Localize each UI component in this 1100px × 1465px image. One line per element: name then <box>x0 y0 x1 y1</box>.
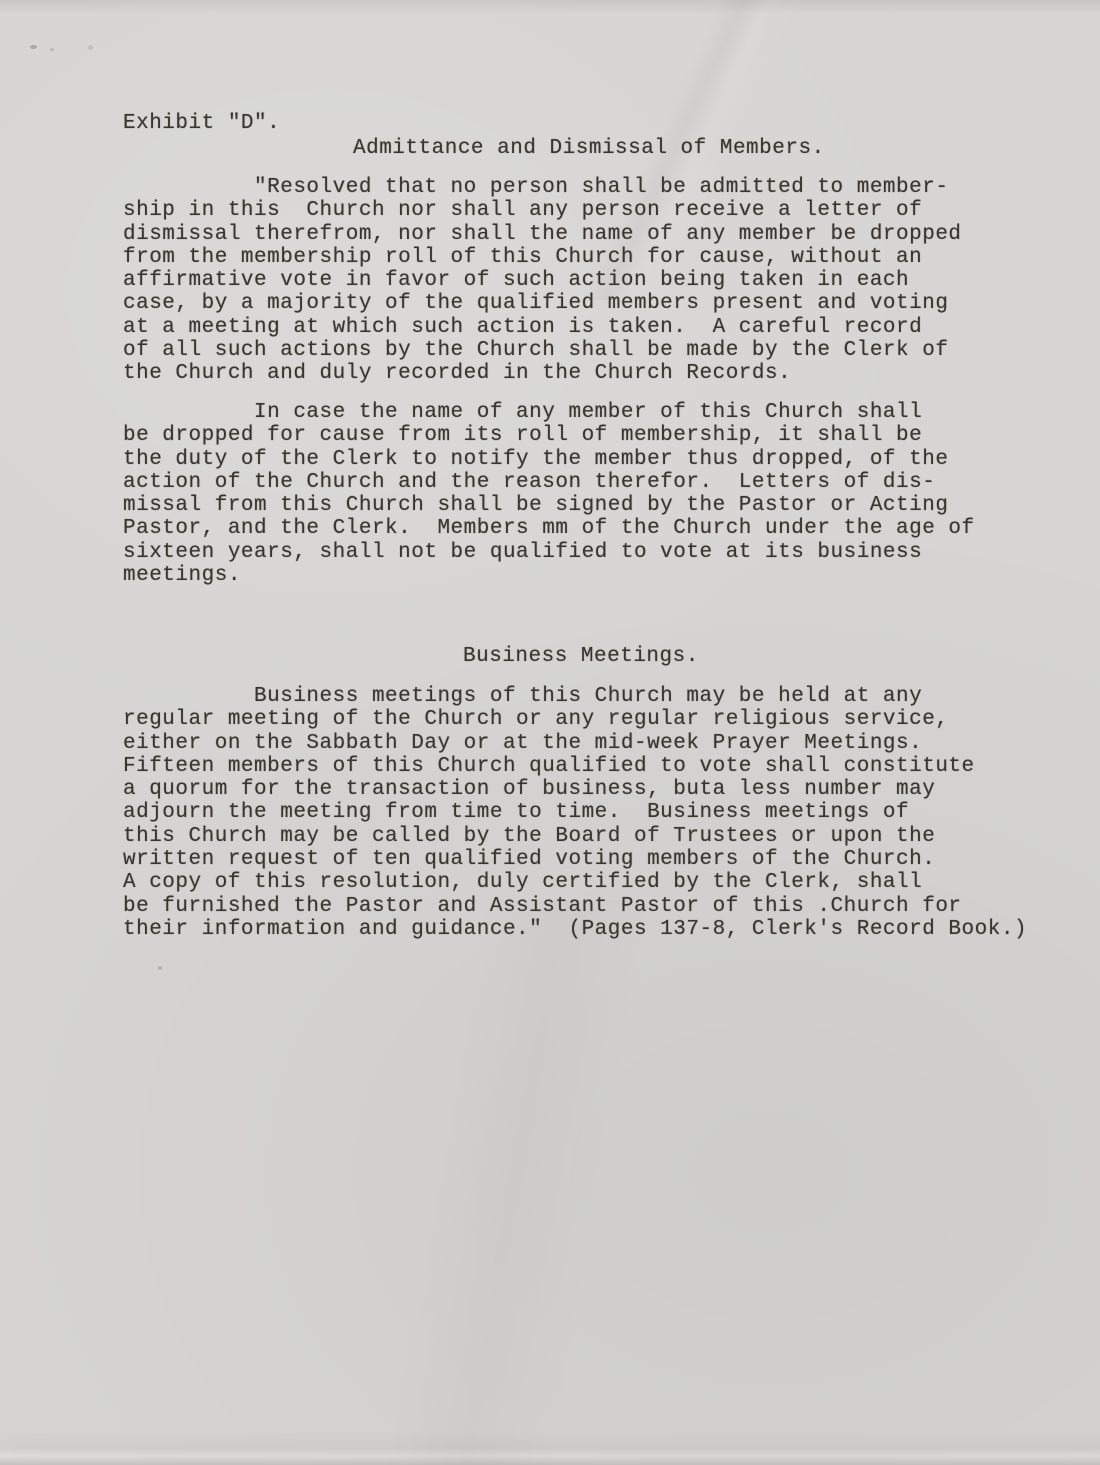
section-heading-business-meetings: Business Meetings. <box>463 645 699 668</box>
section-heading-admittance: Admittance and Dismissal of Members. <box>353 137 825 160</box>
pencil-smudge <box>88 45 93 50</box>
paper-crease <box>0 900 1100 1465</box>
pencil-smudge <box>50 48 54 51</box>
ink-speck <box>158 966 162 970</box>
document-page: Exhibit "D". Admittance and Dismissal of… <box>0 0 1100 1465</box>
paragraph-in-case: In case the name of any member of this C… <box>123 401 975 587</box>
pencil-smudge <box>30 45 37 49</box>
exhibit-label: Exhibit "D". <box>123 112 280 135</box>
paragraph-resolved: "Resolved that no person shall be admitt… <box>123 176 962 386</box>
paragraph-business-meetings: Business meetings of this Church may be … <box>123 685 1027 941</box>
